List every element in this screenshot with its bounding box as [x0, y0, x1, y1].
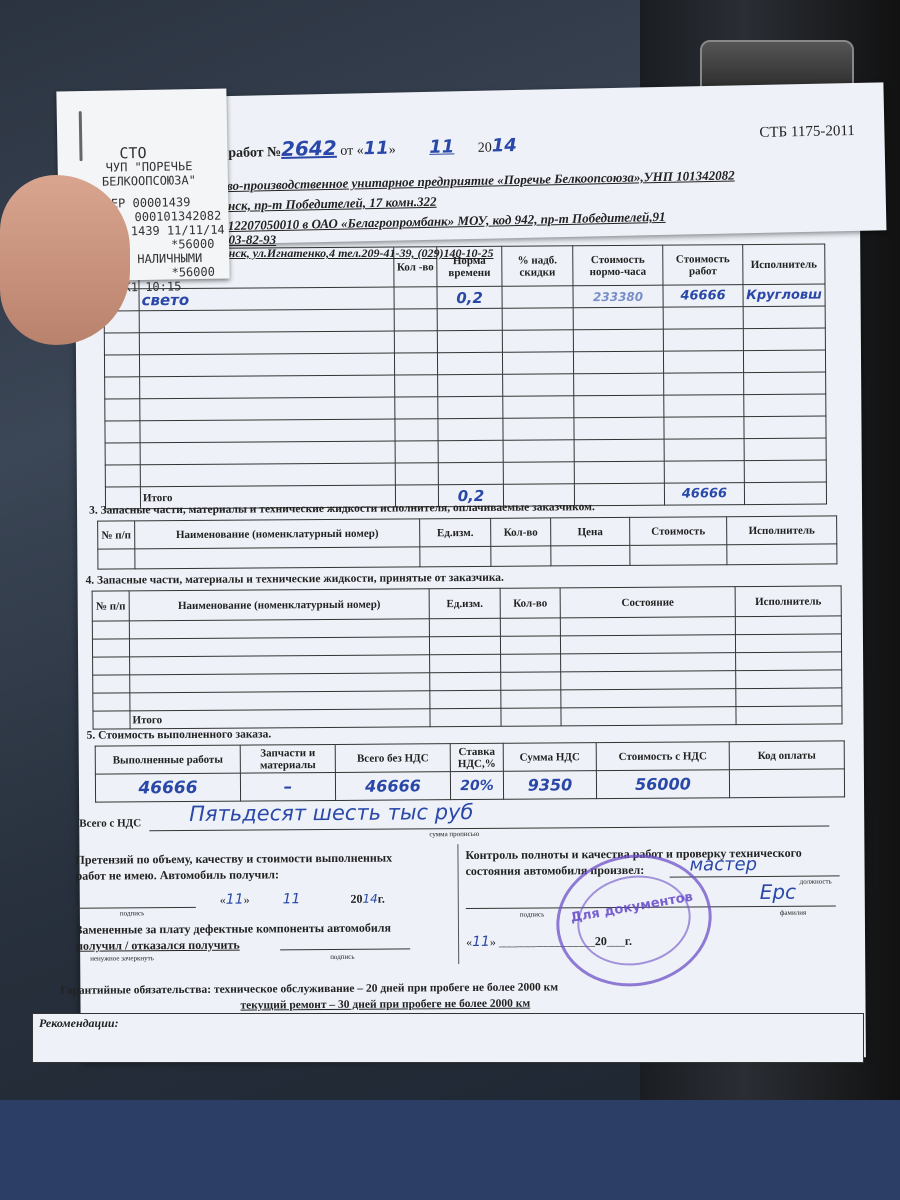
order-title: их работ №2642 от «11» 11 2014 [209, 132, 517, 162]
header-flap: их работ №2642 от «11» 11 2014 СТБ 1175-… [149, 82, 887, 245]
work-norm: 0,2 [437, 286, 502, 308]
background-jeans [0, 1100, 900, 1200]
s4-col-qty: Кол-во [500, 588, 560, 618]
client-date-month: 11 [283, 891, 301, 907]
work-order-sheet: Кол -во Норма времени % надб. скидки Сто… [75, 227, 866, 1062]
order-year: 14 [492, 135, 517, 157]
client-sign-caption-2: подпись [330, 953, 354, 961]
s4-col-unit: Ед.изм. [429, 588, 500, 618]
s5-vat-rate-value: 20% [450, 771, 503, 799]
total-words-caption: сумма прописью [429, 830, 479, 838]
col-markup: % надб. скидки [502, 246, 573, 286]
company-workshop-address: инск, ул.Игнатенко,4 тел.209-41-39, (029… [222, 246, 493, 261]
receipt-line: БЕЛКООПСОЮЗА" [102, 173, 196, 189]
s5-col-gross: Стоимость с НДС [596, 742, 729, 771]
s5-gross-value: 56000 [596, 770, 729, 799]
section5-title: 5. Стоимость выполненного заказа. [87, 728, 272, 741]
thumb [0, 175, 130, 345]
cross-out-caption: ненужное зачеркнуть [90, 954, 154, 962]
s5-vat-sum-value: 9350 [503, 771, 596, 800]
col-executor: Исполнитель [743, 244, 825, 285]
section3-title: 3. Запасные части, материалы и техническ… [89, 501, 595, 517]
total-words-value: Пятьдесят шесть тыс руб [189, 800, 473, 826]
s3-col-cost: Стоимость [630, 517, 727, 546]
client-date-suffix: г. [378, 892, 385, 906]
s5-col-works: Выполненные работы [95, 745, 240, 774]
section4-table: № п/п Наименование (номенклатурный номер… [92, 585, 843, 729]
s5-net-value: 46666 [335, 772, 450, 801]
client-date-year-prefix: 20 [350, 892, 362, 906]
s5-parts-value: – [240, 772, 335, 801]
section4-title: 4. Запасные части, материалы и техническ… [85, 572, 503, 587]
s4-col-state: Состояние [560, 587, 735, 618]
order-number: 2642 [281, 136, 337, 161]
s5-pay-code-value [729, 769, 844, 798]
s5-values-row: 46666 – 46666 20% 9350 56000 [95, 769, 844, 802]
s5-col-vat-rate: Ставка НДС,% [450, 743, 503, 771]
warranty-line-2: текущий ремонт – 30 дней при пробеге не … [240, 998, 530, 1012]
col-cost: Стоимость работ [663, 245, 743, 286]
client-date-day: 11 [226, 892, 244, 908]
col-hour-cost: Стоимость нормо-часа [573, 245, 663, 286]
client-date: «11» 112014г. [220, 891, 385, 908]
s4-total-label: Итого [130, 709, 430, 729]
receipt-line: ЧУП "ПОРЕЧЬЕ [106, 159, 193, 175]
control-surname-caption: фамилия [780, 909, 806, 917]
s3-col-num: № п/п [98, 521, 135, 549]
s3-col-qty: Кол-во [491, 518, 551, 546]
receipt-line: *56000 [171, 237, 215, 252]
s4-col-num: № п/п [92, 591, 129, 621]
works-table: Кол -во Норма времени % надб. скидки Сто… [103, 244, 827, 510]
works-total-cost: 46666 [664, 483, 744, 506]
s3-col-name: Наименование (номенклатурный номер) [135, 519, 420, 549]
s5-col-pay-code: Код оплаты [729, 741, 844, 770]
control-date-day: 11 [472, 934, 490, 950]
section5-table: Выполненные работы Запчасти и материалы … [95, 740, 845, 802]
s5-col-vat-sum: Сумма НДС [503, 743, 596, 772]
standard-code: СТБ 1175-2011 [759, 123, 855, 142]
order-day: 11 [363, 138, 388, 160]
s5-col-parts: Запчасти и материалы [240, 744, 335, 773]
staple [79, 111, 83, 161]
receipt-line: СТО [119, 146, 146, 160]
date-sep: » [389, 143, 396, 158]
receipt-line: *56000 [171, 265, 215, 280]
client-claims-text-2: работ не имею. Автомобиль получил: [76, 867, 279, 883]
s3-col-executor: Исполнитель [727, 516, 837, 545]
section3-table: № п/п Наименование (номенклатурный номер… [97, 515, 837, 569]
receipt-line: 000101342082 [134, 209, 221, 225]
s3-col-price: Цена [551, 517, 630, 546]
order-year-prefix: 20 [478, 141, 492, 156]
work-cost: 46666 [663, 285, 743, 308]
control-position-caption: должность [800, 877, 832, 885]
recommendations-box: Рекомендации: [32, 1013, 864, 1063]
s3-col-unit: Ед.изм. [420, 518, 491, 546]
s4-col-name: Наименование (номенклатурный номер) [129, 589, 429, 621]
total-words-label: Всего с НДС [79, 817, 141, 829]
order-month: 11 [429, 136, 454, 158]
date-prefix: от « [340, 143, 364, 158]
s5-col-net: Всего без НДС [335, 744, 450, 773]
client-date-year: 14 [362, 892, 377, 906]
control-surname-value: Ерс [760, 880, 796, 904]
control-sign-caption: подпись [520, 910, 544, 918]
client-claims-text-1: Претензий по объему, качеству и стоимост… [75, 851, 392, 868]
company-name: ово-производственное унитарное предприят… [220, 167, 735, 194]
replaced-parts-text-2[interactable]: получил / отказался получить [76, 938, 240, 954]
replaced-parts-text-1: Замененные за плату дефектные компоненты… [76, 921, 391, 938]
s5-works-value: 46666 [95, 773, 240, 802]
recommendations-label: Рекомендации: [39, 1016, 119, 1031]
receipt-line: НАЛИЧНЫМИ [137, 251, 202, 266]
work-hour-cost: 233380 [573, 285, 663, 308]
warranty-line-1: Гарантийные обязательства: техническое о… [60, 981, 558, 996]
client-sign-caption: подпись [120, 909, 144, 917]
work-executor: Кругловш [743, 284, 825, 307]
control-position-value: мастер [689, 854, 757, 875]
s4-col-executor: Исполнитель [735, 586, 841, 617]
company-address: инск, пр-т Победителей, 17 комн.322 [221, 194, 437, 215]
